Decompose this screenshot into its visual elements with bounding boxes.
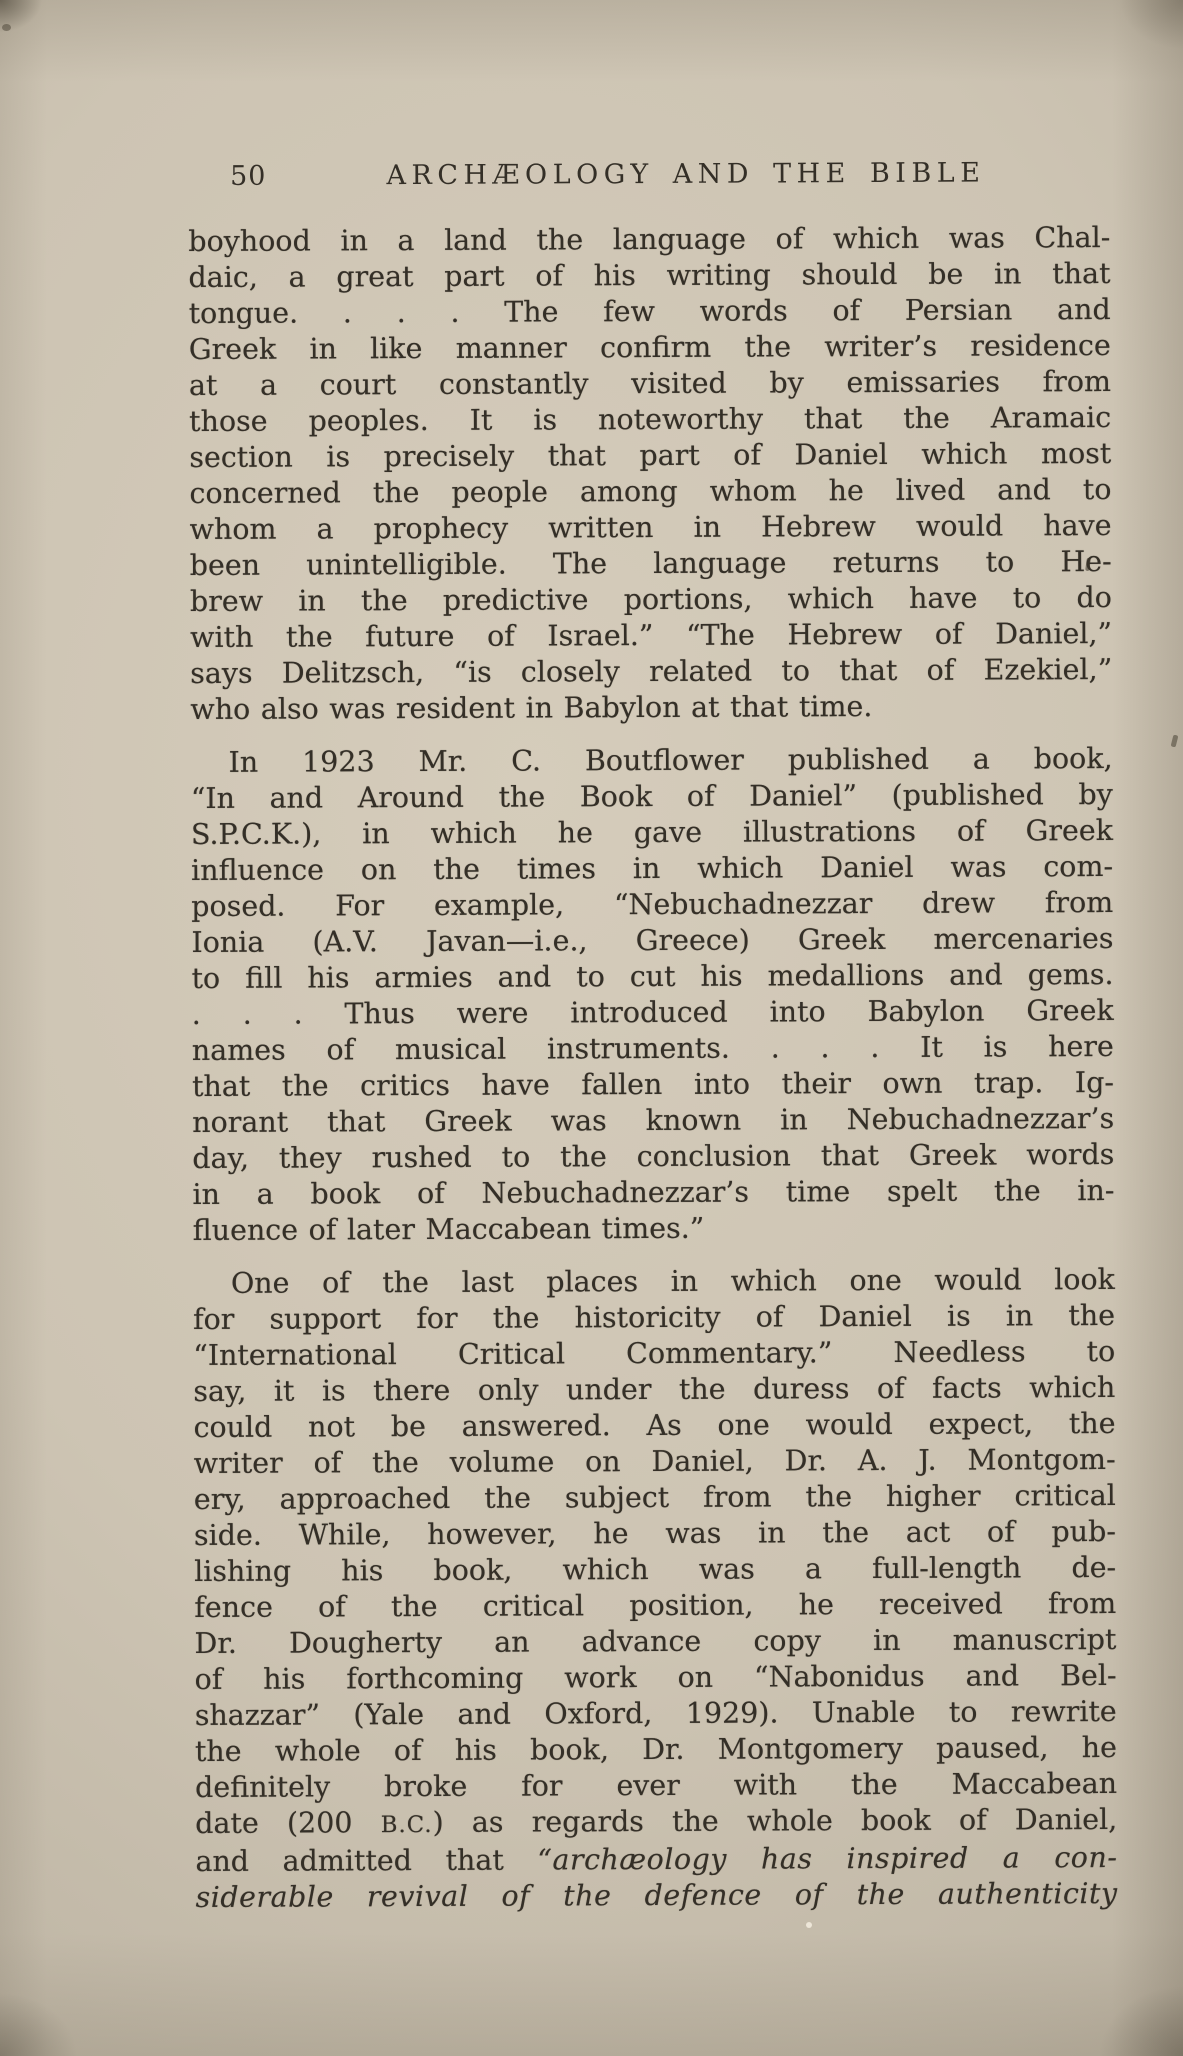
text-line: who also was resident in Babylon at that… (190, 688, 1112, 728)
text-line: . . . Thus were introduced into Babylon … (192, 993, 1114, 1033)
text-line: in a book of Nebuchadnezzar’s time spelt… (192, 1173, 1114, 1213)
text-line: daic, a great part of his writing should… (188, 256, 1110, 296)
running-head: 50 ARCHÆOLOGY AND THE BIBLE (188, 158, 1110, 194)
paragraph: boyhood in a land the language of which … (188, 220, 1112, 728)
text-line: fence of the critical position, he recei… (194, 1586, 1116, 1626)
italic-text: “archæology has inspired a con- (537, 1841, 1117, 1877)
scan-speck (806, 1922, 812, 1928)
text-line: says Delitzsch, “is closely related to t… (190, 652, 1112, 692)
text-line: fluence of later Maccabean times.” (193, 1209, 1115, 1249)
text-line: to fill his armies and to cut his medall… (191, 957, 1113, 997)
text-line: Greek in like manner confirm the writer’… (189, 328, 1111, 368)
book-page-scan: 50 ARCHÆOLOGY AND THE BIBLE boyhood in a… (0, 0, 1183, 2056)
text-line: for support for the historicity of Danie… (193, 1298, 1115, 1338)
text-line: day, they rushed to the conclusion that … (192, 1137, 1114, 1177)
text-line: concerned the people among whom he lived… (189, 472, 1111, 512)
text-line: and admitted that “archæology has inspir… (195, 1840, 1117, 1880)
text-line: boyhood in a land the language of which … (188, 220, 1110, 260)
running-head-title: ARCHÆOLOGY AND THE BIBLE (386, 159, 985, 192)
scan-speck (1171, 735, 1179, 748)
text-line: that the critics have fallen into their … (192, 1065, 1114, 1105)
text-line: shazzar” (Yale and Oxford, 1929). Unable… (195, 1694, 1117, 1734)
paragraph: One of the last places in which one woul… (193, 1262, 1118, 1916)
text-line: writer of the volume on Daniel, Dr. A. J… (194, 1442, 1116, 1482)
text-line: One of the last places in which one woul… (193, 1262, 1115, 1302)
text-line: brew in the predictive portions, which h… (190, 580, 1112, 620)
text-line: definitely broke for ever with the Macca… (195, 1766, 1117, 1806)
text-line: Dr. Dougherty an advance copy in manuscr… (194, 1622, 1116, 1662)
text-line: In 1923 Mr. C. Boutflower published a bo… (191, 741, 1113, 781)
page-content: 50 ARCHÆOLOGY AND THE BIBLE boyhood in a… (188, 158, 1118, 1916)
text-line: the whole of his book, Dr. Montgomery pa… (195, 1730, 1117, 1770)
text-line: “In and Around the Book of Daniel” (publ… (191, 777, 1113, 817)
text-line: tongue. . . . The few words of Persian a… (189, 292, 1111, 332)
text-line: whom a prophecy written in Hebrew would … (190, 508, 1112, 548)
text-line: influence on the times in which Daniel w… (191, 849, 1113, 889)
text-run: ) as regards the whole book of Daniel, (433, 1803, 1118, 1839)
text-line: with the future of Israel.” “The Hebrew … (190, 616, 1112, 656)
text-line: could not be answered. As one would expe… (193, 1406, 1115, 1446)
small-caps-text: B.C. (381, 1812, 433, 1838)
text-line: norant that Greek was known in Nebuchadn… (192, 1101, 1114, 1141)
text-line: lishing his book, which was a full-lengt… (194, 1550, 1116, 1590)
text-line: ery, approached the subject from the hig… (194, 1478, 1116, 1518)
text-line: of his forthcoming work on “Nabonidus an… (195, 1658, 1117, 1698)
text-line: siderable revival of the defence of the … (196, 1876, 1118, 1916)
text-line: those peoples. It is noteworthy that the… (189, 400, 1111, 440)
text-line: posed. For example, “Nebuchadnezzar drew… (191, 885, 1113, 925)
text-line: S.P.C.K.), in which he gave illustration… (191, 813, 1113, 853)
italic-text: siderable revival of the defence of the … (196, 1877, 1118, 1914)
text-line: been unintelligible. The language return… (190, 544, 1112, 584)
text-line: say, it is there only under the duress o… (193, 1370, 1115, 1410)
paragraph: In 1923 Mr. C. Boutflower published a bo… (191, 741, 1115, 1249)
text-line: at a court constantly visited by emissar… (189, 364, 1111, 404)
scan-speck (2, 24, 11, 31)
page-number: 50 (230, 162, 266, 192)
text-line: side. While, however, he was in the act … (194, 1514, 1116, 1554)
body-text: boyhood in a land the language of which … (188, 220, 1117, 1916)
text-line: Ionia (A.V. Javan—i.e., Greece) Greek me… (191, 921, 1113, 961)
text-line: date (200 B.C.) as regards the whole boo… (195, 1802, 1117, 1844)
text-line: names of musical instruments. . . . It i… (192, 1029, 1114, 1069)
text-line: “International Critical Commentary.” Nee… (193, 1334, 1115, 1374)
text-run: and admitted that (195, 1844, 537, 1878)
text-run: date (200 (195, 1806, 381, 1840)
text-line: section is precisely that part of Daniel… (189, 436, 1111, 476)
